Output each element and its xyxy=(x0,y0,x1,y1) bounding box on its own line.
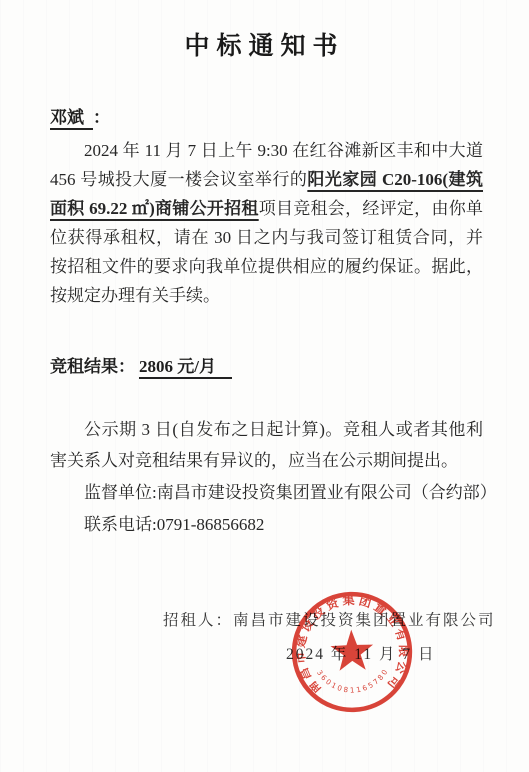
publicity-period-paragraph: 公示期 3 日(自发布之日起计算)。竞租人或者其他利害关系人对竞租结果有异议的，… xyxy=(50,414,483,476)
seal-star-icon xyxy=(330,629,374,671)
bid-result-line: 竞租结果：2806 元/月 xyxy=(50,352,232,377)
seal-registration-number: 3601081165780 xyxy=(315,666,391,696)
recipient-colon: ： xyxy=(93,108,110,127)
document-title: 中标通知书 xyxy=(0,26,529,62)
bid-result-value: 2806 元/月 xyxy=(139,357,232,379)
svg-text:3601081165780: 3601081165780 xyxy=(315,666,391,696)
body-paragraph-main: 2024 年 11 月 7 日上午 9:30 在红谷滩新区丰和中大道 456 号… xyxy=(50,136,483,310)
recipient-name: 邓斌 xyxy=(50,108,93,130)
supervisor-unit-line: 监督单位:南昌市建设投资集团置业有限公司（合约部） xyxy=(84,478,497,503)
contact-phone-line: 联系电话:0791-86856682 xyxy=(84,510,264,535)
document-page: 中标通知书 邓斌： 2024 年 11 月 7 日上午 9:30 在红谷滩新区丰… xyxy=(0,0,529,772)
bid-result-label: 竞租结果： xyxy=(50,357,135,376)
company-seal-stamp: 南昌市建设投资集团置业有限公司 3601081165780 xyxy=(284,584,421,721)
recipient-line: 邓斌： xyxy=(50,103,110,128)
